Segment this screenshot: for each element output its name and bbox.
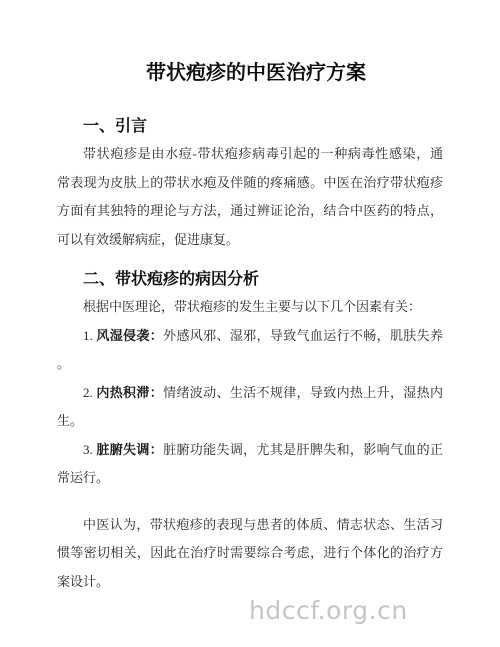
cause-item-term: 风湿侵袭： [96,328,163,343]
cause-item-text: 脏腑功能失调，尤其是肝脾失和，影响气血的正 [163,442,443,457]
cause-item-continuation: 常运行。 [57,464,443,493]
intro-line: 可以有效缓解病症，促进康复。 [57,226,443,255]
cause-item-number: 2. [83,385,96,400]
document-content: 带状疱疹的中医治疗方案 一、引言 带状疱疹是由水痘-带状疱疹病毒引起的一种病毒性… [0,0,500,596]
cause-item-term: 内热积滞： [96,385,163,400]
section-heading-intro: 一、引言 [83,115,443,137]
intro-paragraph: 带状疱疹是由水痘-带状疱疹病毒引起的一种病毒性感染，通 常表现为皮肤上的带状水疱… [57,140,443,254]
intro-line: 常表现为皮肤上的带状水疱及伴随的疼痛感。中医在治疗带状疱疹 [57,169,443,198]
cause-item-number: 1. [83,328,96,343]
section-heading-causes: 二、带状疱疹的病因分析 [83,268,443,290]
summary-paragraph: 中医认为，带状疱疹的表现与患者的体质、情志状态、生活习 惯等密切相关，因此在治疗… [57,511,443,597]
summary-line: 案设计。 [57,568,443,597]
cause-item-continuation: 生。 [57,407,443,436]
cause-item-continuation: 。 [57,350,443,379]
cause-item-text: 情绪波动、生活不规律，导致内热上升，湿热内 [163,385,443,400]
document-title: 带状疱疹的中医治疗方案 [57,0,443,86]
cause-item-text: 外感风邪、湿邪，导致气血运行不畅，肌肤失养 [163,328,443,343]
cause-item-line: 1. 风湿侵袭：外感风邪、湿邪，导致气血运行不畅，肌肤失养 [57,322,443,351]
intro-line: 带状疱疹是由水痘-带状疱疹病毒引起的一种病毒性感染，通 [57,140,443,169]
causes-lead-line: 根据中医理论，带状疱疹的发生主要与以下几个因素有关： [57,293,443,322]
watermark-text: hdccf.org.cn [249,596,408,626]
causes-list: 1. 风湿侵袭：外感风邪、湿邪，导致气血运行不畅，肌肤失养 。 2. 内热积滞：… [57,322,443,493]
cause-item-line: 3. 脏腑失调：脏腑功能失调，尤其是肝脾失和，影响气血的正 [57,436,443,465]
document-page: 带状疱疹的中医治疗方案 一、引言 带状疱疹是由水痘-带状疱疹病毒引起的一种病毒性… [0,0,500,647]
cause-item-line: 2. 内热积滞：情绪波动、生活不规律，导致内热上升，湿热内 [57,379,443,408]
summary-line: 中医认为，带状疱疹的表现与患者的体质、情志状态、生活习 [57,511,443,540]
intro-line: 方面有其独特的理论与方法，通过辨证论治，结合中医药的特点， [57,197,443,226]
cause-item-number: 3. [83,442,96,457]
cause-item-term: 脏腑失调： [96,442,163,457]
summary-line: 惯等密切相关，因此在治疗时需要综合考虑，进行个体化的治疗方 [57,539,443,568]
